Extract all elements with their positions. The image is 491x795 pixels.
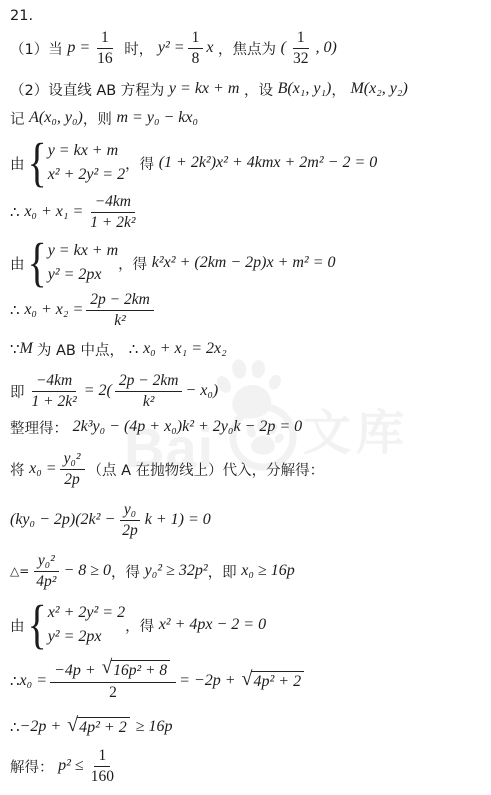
- system-brace: {: [28, 236, 47, 290]
- square-root: √4p² + 2: [67, 717, 130, 737]
- math-segment: x₀ + x₂ =: [24, 301, 83, 319]
- line-substituted-equation: 即 −4km1 + 2k² = 2( 2p − 2kmk² − x₀): [10, 371, 491, 411]
- line-part2-setup: （2）设直线 AB 方程为 y = kx + m ，设 B(x₁, y₁) ， …: [10, 79, 491, 99]
- text-segment: 将: [10, 459, 29, 480]
- line-sum-x0-x1: ∴ x₀ + x₁ = −4km1 + 2k²: [10, 193, 491, 231]
- math-segment: y² =: [158, 39, 185, 57]
- text-segment: ，得: [118, 253, 152, 274]
- fraction: −4km1 + 2k²: [28, 372, 81, 411]
- math-segment: (1 + 2k²)x² + 4kmx + 2m² − 2 = 0: [159, 154, 378, 172]
- system-equations: y = kx + m y² = 2px: [48, 239, 118, 287]
- system-brace: {: [28, 136, 47, 190]
- math-segment: − 8 ≥ 0: [63, 562, 111, 580]
- fraction: 132: [289, 29, 313, 68]
- math-segment: k²x² + (2km − 2p)x + m² = 0: [152, 254, 336, 272]
- fraction: 1160: [87, 747, 118, 786]
- line-point-a-definition: 记 A(x₀, y₀) ，则 m = y₀ − kx₀: [10, 108, 491, 128]
- delta-symbol: △=: [10, 564, 29, 578]
- math-segment: y₀² ≥ 32p²: [145, 562, 208, 580]
- math-segment: p² ≤: [58, 757, 84, 775]
- radical-sign: √: [241, 669, 252, 689]
- math-segment: = 2(: [84, 382, 112, 400]
- text-segment: ，则: [83, 108, 117, 129]
- math-segment: x² + 4px − 2 = 0: [159, 616, 266, 634]
- fraction-numerator: y₀²: [60, 450, 85, 470]
- text-segment: 整理得：: [10, 417, 73, 438]
- fraction: 116: [93, 29, 117, 68]
- fraction-denominator: k²: [139, 392, 159, 411]
- line-x0-solution: ∴ x₀ = −4p + √16p² + 8 2 = −2p + √4p² + …: [10, 659, 491, 703]
- text-segment: （1）当: [10, 38, 67, 59]
- fraction-numerator: 1: [94, 747, 110, 767]
- math-segment: ≥ 16p: [132, 718, 173, 736]
- math-segment: x₀ =: [20, 672, 47, 690]
- line-discriminant: △= y₀²4p² − 8 ≥ 0 ，得 y₀² ≥ 32p² ，即 x₀ ≥ …: [10, 551, 491, 591]
- line-sum-x0-x2: ∴ x₀ + x₂ = 2p − 2kmk²: [10, 291, 491, 329]
- text-segment: ，得: [125, 615, 159, 636]
- radical-sign: √: [102, 658, 113, 677]
- math-segment: − x₀): [185, 382, 218, 400]
- math-segment: 2k³y₀ − (4p + x₀)k² + 2y₀k − 2p = 0: [73, 418, 303, 436]
- text-segment: ，: [331, 79, 350, 100]
- radicand: 16p² + 8: [111, 660, 170, 680]
- math-segment: B(x₁, y₁): [278, 80, 332, 98]
- line-part1-answer: （1）当 p = 116 时， y² = 18 x ，焦点为 ( 132 , 0…: [10, 29, 491, 67]
- text-segment: 由: [10, 153, 25, 174]
- math-segment: , 0): [315, 39, 336, 57]
- line-final-answer: 解得： p² ≤ 1160: [10, 747, 491, 785]
- therefore-symbol: ∴: [10, 203, 24, 221]
- fraction: 18: [188, 29, 204, 68]
- text-segment: 解得：: [10, 756, 58, 777]
- fraction-denominator: 2: [105, 683, 121, 702]
- text-segment: ，即: [208, 561, 242, 582]
- fraction-denominator: 2p: [60, 470, 84, 489]
- therefore-symbol: ∴: [124, 340, 143, 358]
- math-segment: M: [20, 340, 37, 358]
- fraction-denominator: 4p²: [32, 572, 60, 591]
- fraction: 2p − 2kmk²: [86, 291, 154, 330]
- fraction-denominator: 8: [188, 49, 204, 68]
- math-segment: −2p +: [20, 718, 66, 736]
- equation-row: y² = 2px: [48, 625, 125, 649]
- math-segment: k + 1) = 0: [145, 511, 211, 529]
- text-segment: 即: [10, 381, 25, 402]
- math-segment: x₀ =: [29, 460, 56, 478]
- text-segment: （2）设直线 AB 方程为: [10, 79, 169, 100]
- math-segment: x: [206, 39, 213, 57]
- fraction-denominator: 160: [87, 767, 118, 786]
- fraction-denominator: 32: [289, 49, 313, 68]
- fraction-denominator: k²: [110, 311, 130, 330]
- fraction-denominator: 1 + 2k²: [86, 213, 139, 232]
- line-inequality: ∴ −2p + √4p² + 2 ≥ 16p: [10, 715, 491, 739]
- therefore-symbol: ∴: [10, 718, 20, 736]
- fraction-numerator: 1: [97, 29, 113, 49]
- math-segment: A(x₀, y₀): [29, 109, 83, 127]
- because-symbol: ∵: [10, 340, 20, 358]
- problem-number: 21.: [10, 8, 491, 24]
- line-system-ellipse: 由 { y = kx + m x² + 2y² = 2 ，得 (1 + 2k²)…: [10, 139, 491, 187]
- math-segment: (ky₀ − 2p)(2k² −: [10, 511, 115, 529]
- radical-sign: √: [67, 715, 78, 735]
- fraction: y₀²2p: [60, 450, 85, 489]
- radicand: 4p² + 2: [251, 671, 304, 691]
- system-brace: {: [28, 598, 47, 652]
- line-system-intersection: 由 { x² + 2y² = 2 y² = 2px ，得 x² + 4px − …: [10, 601, 491, 649]
- text-segment: ，焦点为: [213, 38, 280, 59]
- therefore-symbol: ∴: [10, 672, 20, 690]
- fraction-denominator: 16: [93, 49, 117, 68]
- math-segment: −4p +: [54, 662, 100, 679]
- line-simplified-cubic: 整理得： 2k³y₀ − (4p + x₀)k² + 2y₀k − 2p = 0: [10, 417, 491, 437]
- math-segment: y = kx + m: [169, 80, 239, 98]
- equation-row: y² = 2px: [48, 263, 118, 287]
- square-root: √16p² + 8: [102, 660, 170, 680]
- equation-row: x² + 2y² = 2: [48, 601, 125, 625]
- fraction-numerator: −4p + √16p² + 8: [50, 660, 176, 682]
- fraction-numerator: y₀: [120, 501, 140, 521]
- math-segment: x₀ ≥ 16p: [241, 562, 294, 580]
- math-segment: x₀ + x₁ =: [24, 203, 83, 221]
- text-segment: 为 AB 中点，: [37, 339, 124, 360]
- text-segment: 由: [10, 253, 25, 274]
- system-equations: y = kx + m x² + 2y² = 2: [48, 139, 125, 187]
- math-segment: = −2p +: [179, 672, 239, 690]
- fraction-numerator: 2p − 2km: [86, 291, 154, 311]
- line-midpoint-condition: ∵ M 为 AB 中点， ∴ x₀ + x₁ = 2x₂: [10, 339, 491, 359]
- equation-row: x² + 2y² = 2: [48, 163, 125, 187]
- fraction-numerator: 1: [188, 29, 204, 49]
- square-root: √4p² + 2: [241, 671, 304, 691]
- fraction: −4km1 + 2k²: [86, 193, 139, 232]
- system-equations: x² + 2y² = 2 y² = 2px: [48, 601, 125, 649]
- fraction-numerator: −4km: [91, 193, 135, 213]
- math-segment: x₀ + x₁ = 2x₂: [143, 340, 227, 358]
- fraction-denominator: 1 + 2k²: [28, 392, 81, 411]
- line-substitute-x0: 将 x₀ = y₀²2p （点 A 在抛物线上）代入，分解得：: [10, 449, 491, 489]
- math-segment: p =: [67, 39, 90, 57]
- text-segment: 记: [10, 108, 29, 129]
- fraction: −4p + √16p² + 8 2: [50, 660, 176, 701]
- line-factored-form: (ky₀ − 2p)(2k² − y₀2p k + 1) = 0: [10, 502, 491, 538]
- text-segment: ，设: [239, 79, 277, 100]
- text-segment: 由: [10, 615, 25, 636]
- fraction: y₀2p: [118, 501, 142, 540]
- text-segment: ，得: [111, 561, 145, 582]
- fraction-denominator: 2p: [118, 521, 142, 540]
- fraction-numerator: 1: [293, 29, 309, 49]
- problem-number-text: 21.: [10, 8, 33, 24]
- text-segment: （点 A 在抛物线上）代入，分解得：: [88, 459, 325, 480]
- math-segment: M(x₂, y₂): [350, 80, 407, 98]
- text-segment: ，得: [125, 153, 159, 174]
- radicand: 4p² + 2: [77, 717, 130, 737]
- equation-row: y = kx + m: [48, 239, 118, 263]
- line-system-parabola: 由 { y = kx + m y² = 2px ，得 k²x² + (2km −…: [10, 239, 491, 287]
- math-solution-document: 21. （1）当 p = 116 时， y² = 18 x ，焦点为 ( 132…: [0, 0, 491, 785]
- fraction-numerator: 2p − 2km: [115, 372, 183, 392]
- equation-row: y = kx + m: [48, 139, 125, 163]
- fraction-numerator: y₀²: [34, 552, 59, 572]
- fraction: 2p − 2kmk²: [115, 372, 183, 411]
- math-segment: (: [281, 39, 286, 57]
- text-segment: 时，: [120, 38, 158, 59]
- therefore-symbol: ∴: [10, 301, 24, 319]
- fraction-numerator: −4km: [32, 372, 76, 392]
- math-segment: m = y₀ − kx₀: [116, 109, 198, 127]
- fraction: y₀²4p²: [32, 552, 60, 591]
